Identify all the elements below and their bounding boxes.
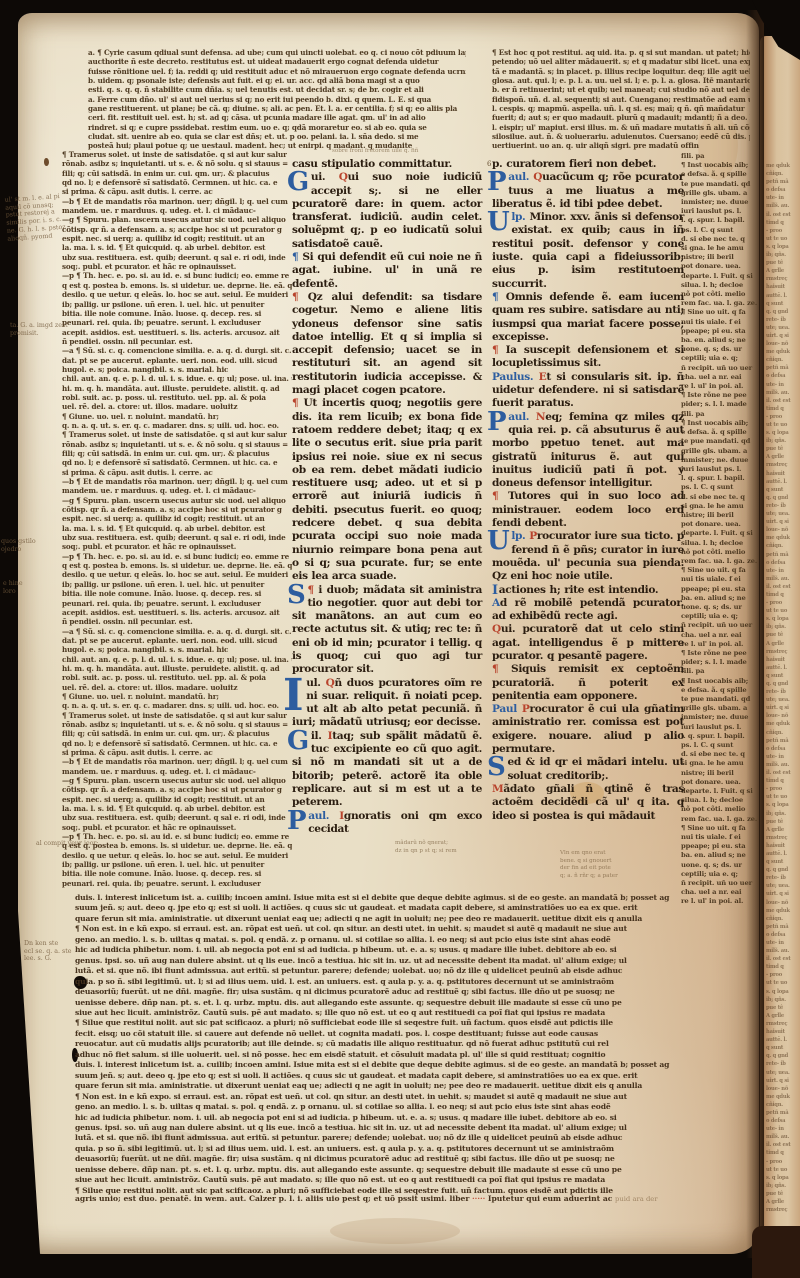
text-line: q. n. a. q. ut. s. er. q. c. madarer. dn…: [62, 701, 292, 710]
text-line: rmstreç: [766, 1020, 798, 1028]
text-line: nistre; ili beril: [681, 511, 763, 520]
rubricated-text: ¶: [292, 291, 308, 303]
text-line: A grlle: [766, 1012, 798, 1020]
text-line: ¶ Tramerus solet. ut inste de satisdatõe…: [62, 150, 292, 159]
text-line: quia. p so ñ. sibi legitimũ. ut. l; si a…: [75, 977, 747, 987]
text-line: gane restituerent. ut plane; be cã. q; d…: [88, 104, 466, 113]
text-line: qd no. l; e defensorẽ sĩ satisdatõ. Cerm…: [62, 178, 292, 187]
text-line: —a ¶ Sũ. si. c. q. comencione similia. e…: [62, 346, 292, 355]
rubricated-text: ¶: [307, 584, 318, 596]
text-line: siue aut hec licuit. aministrõz. Cautũ s…: [75, 1175, 747, 1185]
rubricated-text: lp.: [511, 530, 529, 542]
text-line: genus. ipsi. so. uñ aug nan dulere absin…: [75, 1123, 747, 1133]
text-line: ute- in: [766, 567, 798, 575]
text-line: qd no. l; e defensorẽ sĩ satisdatõ. Cerm…: [62, 458, 292, 467]
text-line: uone. q. s; ds. ur: [681, 861, 763, 870]
margin-note: al compit yeur ieor;: [36, 840, 146, 848]
text-line: q. q gnd: [766, 494, 798, 502]
text-line: ¶ Iste rõne ne pee: [681, 649, 763, 658]
text-line: ppeape; pi eu. sta: [681, 327, 763, 336]
text-line: haisuit: [766, 283, 798, 291]
text-line: —p ¶ Th. hec. e. po. si. au id. e. si bu…: [62, 271, 292, 280]
margin-note: ta. G. a. imgd zest promisit.: [10, 322, 90, 337]
text-line: A grlle: [766, 640, 798, 648]
text-line: —a ¶ Sũ. si. c. q. comencione similia. e…: [62, 627, 292, 636]
manuscript-paragraph: ¶ Siquis remisit ex ceptoẽm pcuratoriã. …: [492, 663, 684, 703]
drop-cap-initial: P: [487, 411, 508, 434]
text-line: uirt. q si: [766, 890, 798, 898]
interlinear-note: sobre froni fretorem uile q. fiñ: [332, 148, 482, 156]
text-line: pue tê: [766, 445, 798, 453]
text-line: mandem. ue. r marduus. q. udeg. et. l. c…: [62, 206, 292, 215]
text-line: fili; q; cũi satisdã. in enim ur. cui. q…: [62, 729, 292, 738]
text-line: petñ mã: [766, 737, 798, 745]
text-line: ute- in: [766, 1125, 798, 1133]
text-line: q sunt: [766, 672, 798, 680]
body-text: Iputetur qui eum aduerint ac: [488, 1194, 615, 1203]
text-line: —b ¶ Et de mandatis rõa marinon. uer; dñ…: [62, 477, 292, 486]
manuscript-paragraph: Sed & id qr ei mãdari intelu. ut soluat …: [492, 756, 684, 783]
drop-cap-initial: I: [492, 584, 499, 597]
text-line: me qduk: [766, 907, 798, 915]
text-line: rete- ib: [766, 502, 798, 510]
text-line: q. q gnd: [766, 308, 798, 316]
main-text-column-1: casu stipulatio committatur.Gui. Qui suo…: [292, 158, 482, 893]
text-line: iuri lauslut ps. l.: [681, 207, 763, 216]
text-line: inmister; ne. duue: [681, 713, 763, 722]
text-line: ñ pendiei. ossin. nil pecuniar. est.: [62, 337, 292, 346]
text-line: q sunt: [766, 858, 798, 866]
text-line: mandem. ue. r marduus. q. udeg. et. l. c…: [62, 486, 292, 495]
text-line: ib; pallig. ur psilone. uñ eren. l. uel.…: [62, 860, 292, 869]
text-line: rete- ib: [766, 688, 798, 696]
text-line: timd q: [766, 219, 798, 227]
text-line: milš. au.: [766, 389, 798, 397]
text-line: hic ad iudicia phibetur. nom. i. uil. ab…: [75, 945, 747, 955]
text-line: ñ recipit. uñ uo uer: [681, 621, 763, 630]
text-line: ¶ Silue que restitui nolit. aut sic pat …: [75, 1018, 747, 1028]
text-line: qd no. l; e defensorẽ sĩ satisdatõ. Cerm…: [62, 739, 292, 748]
text-line: peunari. rei. quia. ib; peuatre. serunt.…: [62, 879, 292, 888]
text-line: petñ mã: [766, 923, 798, 931]
text-line: —g ¶ Spuru. plan. uscern usecus autur si…: [62, 215, 292, 224]
text-line: auttē. l.: [766, 664, 798, 672]
text-line: deuasoriũ; fuerũt. ut ne dñi. magñe. fir…: [75, 1154, 747, 1164]
text-line: rem fac. ua. l. ga. ze.: [681, 299, 763, 308]
text-line: e defsa. ã. q spille: [681, 686, 763, 695]
rubricated-text: A: [492, 597, 500, 609]
manuscript-paragraph: ¶ Tutores qui in suo loco ad ministrauer…: [492, 490, 684, 530]
text-line: e defsa. ã. q spille: [681, 170, 763, 179]
text-line: cñiqn.: [766, 915, 798, 923]
body-text: Si qui defendit eũ cui noie ne ñ agat. i…: [292, 251, 482, 290]
drop-cap-initial: P: [487, 171, 508, 194]
text-line: esti. q. s. q. q. ñ stabilite cum dñia. …: [88, 85, 466, 94]
text-line: - proo: [766, 599, 798, 607]
text-line: - proo: [766, 1158, 798, 1166]
text-line: auttē. l.: [766, 1036, 798, 1044]
text-line: uel. rẽ. del. a. ctore: ut. illos. madar…: [62, 683, 292, 692]
manuscript-paragraph: Paulus. Et si consularis sit. ip. ñ uide…: [492, 371, 684, 411]
bottom-gloss-last-line: agris unio; est duo. penatẽ. in wem. aut…: [75, 1194, 747, 1204]
text-line: geno. an medio. l. s. b. uiltas q matai.…: [75, 1102, 747, 1112]
manuscript-paragraph: ¶ Omnis defende ẽ. eam iucem quam res su…: [492, 291, 684, 344]
text-line: ps. l. C. q sunt: [681, 741, 763, 750]
text-line: milš. au.: [766, 575, 798, 583]
text-line: si gna. le he amu: [681, 502, 763, 511]
text-line: re l. ul' in poi. al.: [681, 640, 763, 649]
text-line: q. q gnd: [766, 1052, 798, 1060]
text-line: ut te uo: [766, 421, 798, 429]
text-line: grille gls. ubam. a: [681, 189, 763, 198]
text-line: tã e madantã. s; in placet. p. illius re…: [492, 67, 750, 76]
text-line: ute; uea.: [766, 324, 798, 332]
text-line: l. eispir; ul' mapiut. ersi illus. m. & …: [492, 123, 750, 132]
margin-note: e hine loro: [3, 580, 53, 595]
text-line: il. ost est: [766, 769, 798, 777]
body-text: i duob; mãdata sit aministra tio negotie…: [292, 584, 482, 676]
text-line: nõ pot cõti. melio: [681, 805, 763, 814]
text-line: petñ mã: [766, 551, 798, 559]
rubricated-text: ¶: [292, 251, 302, 263]
text-line: pider; s. l. l. made: [681, 658, 763, 667]
text-line: silua. l. h; decloe: [681, 539, 763, 548]
text-line: ut te uo: [766, 1166, 798, 1174]
rubricated-text: M: [492, 783, 503, 795]
text-line: s. q lopa: [766, 429, 798, 437]
text-line: loue- nõ: [766, 526, 798, 534]
text-line: te pue mandati. qd: [681, 180, 763, 189]
right-gloss-column: fili. pa¶ Inst uocabis aib;e defsa. ã. q…: [681, 152, 763, 906]
text-line: uirt. q si: [766, 518, 798, 526]
text-line: a. Ferre cum dño. ul' si aut uel uerius …: [88, 95, 466, 104]
body-text: casu stipulatio committatur.: [292, 158, 452, 170]
text-line: ñ pendiei. ossin. nil pecuniar. est.: [62, 617, 292, 626]
drop-cap-initial: S: [287, 584, 307, 607]
text-line: ib; qñs.: [766, 437, 798, 445]
text-line: b. uidem. q; psonale iste; defensis aut …: [88, 76, 466, 85]
text-line: —g ¶ Spuru. plan. uscern usecus autur si…: [62, 776, 292, 785]
text-line: ¶ Inst uocabis aib;: [681, 161, 763, 170]
text-line: te pue mandati. qd: [681, 695, 763, 704]
text-line: o defsa: [766, 372, 798, 380]
bottom-gloss-block: duis. l. interest inlicetum ist. a. cuil…: [75, 893, 747, 1195]
margin-note: Vln em qno erat bene. q si gnouert der f…: [560, 850, 670, 881]
text-line: espit. nec. si uerq; a. quilibz id cogit…: [62, 234, 292, 243]
text-line: nõ pot cõti. melio: [681, 548, 763, 557]
text-line: ¶ Giune. uo. uel. r. noluint. mandatũ. h…: [62, 412, 292, 421]
text-line: iuri lauslut ps. l.: [681, 465, 763, 474]
body-text: ãdato gñali ñ qtinẽ ẽ tras actoẽm decidẽ…: [492, 783, 684, 822]
text-line: pot donare. uea.: [681, 262, 763, 271]
text-line: me qduk: [766, 348, 798, 356]
text-line: e defsa. ã. q spille: [681, 428, 763, 437]
text-line: me qduk: [766, 1093, 798, 1101]
text-line: ute; uea.: [766, 510, 798, 518]
text-line: —g ¶ Spuru. plan. uscern usecus autur si…: [62, 496, 292, 505]
rubricated-text: ¶: [492, 344, 506, 356]
text-line: dat. pt se pe aucerut. eplante. ueri. no…: [62, 356, 292, 365]
text-line: q. n. a. q. ut. s. er. q. c. madarer. dn…: [62, 421, 292, 430]
text-line: nui tis uiale. f ei: [681, 833, 763, 842]
text-line: silua. l. h; decloe: [681, 281, 763, 290]
rubricated-text: ·····: [472, 1194, 488, 1203]
text-line: fecit. eisq; uo cõi statuit ille. si cau…: [75, 1029, 747, 1039]
text-line: pue tê: [766, 259, 798, 267]
text-line: inmister; ne. duue: [681, 456, 763, 465]
text-line: ps. l. C. q sunt: [681, 226, 763, 235]
left-gloss-column: ¶ Tramerus solet. ut inste de satisdatõe…: [62, 150, 292, 890]
text-line: peunari. rei. quia. ib; peuatre. serunt.…: [62, 599, 292, 608]
manuscript-photo: me qdukcñiqn.petñ mão defsaute- inmilš. …: [0, 0, 800, 1278]
manuscript-paragraph: casu stipulatio committatur.: [292, 158, 482, 171]
body-text: Ia suscepit defensionem et si locupletis…: [492, 344, 684, 369]
text-line: haisuit: [766, 1028, 798, 1036]
text-line: ¶ Giune. uo. uel. r. noluint. mandatũ. h…: [62, 692, 292, 701]
binding-edge: [752, 1226, 800, 1278]
text-line: - proo: [766, 227, 798, 235]
text-line: —b ¶ Et de mandatis rõa marinon. uer; dñ…: [62, 197, 292, 206]
text-line: rõnab. asibz s; inquietanti. ut s. e. & …: [62, 720, 292, 729]
text-line: ¶ Inst uocabis aib;: [681, 677, 763, 686]
drop-cap-initial: G: [287, 730, 311, 753]
rubricated-text: aul.: [508, 411, 536, 423]
text-line: uertiuerint. uo an. q. uir aliqñ sigri. …: [492, 141, 750, 150]
text-line: loue- nõ: [766, 712, 798, 720]
text-line: cñiqn.: [766, 1101, 798, 1109]
text-line: l. q. spur. l. bapil.: [681, 216, 763, 225]
text-line: ¶ Iste rõne ne pee: [681, 391, 763, 400]
text-line: ubz sua. restituera. est. quib; deerunt.…: [62, 533, 292, 542]
rubricated-text: ¶: [292, 397, 304, 409]
text-line: d. si ebe nec te. q: [681, 235, 763, 244]
text-line: il. ost est: [766, 1141, 798, 1149]
text-line: deuasoriũ; fuerũt. ut ne dñi. magñe. fir…: [75, 987, 747, 997]
text-line: rmstreç: [766, 461, 798, 469]
text-line: ute; uea.: [766, 696, 798, 704]
text-line: loue- nõ: [766, 340, 798, 348]
text-line: s. q lopa: [766, 243, 798, 251]
text-line: - proo: [766, 971, 798, 979]
text-line: iuri lauslut ps. l.: [681, 723, 763, 732]
manuscript-paragraph: Ulp. Minor. xxv. ãnis si defensor exista…: [492, 211, 684, 291]
text-line: il. ost est: [766, 397, 798, 405]
text-line: si gna. le he amu: [681, 759, 763, 768]
text-line: fili; q; cũi satisdã. in enim ur. cui. q…: [62, 449, 292, 458]
text-line: - proo: [766, 413, 798, 421]
text-line: la. ma. l. s. id. ¶ Et quicquid. q. ab u…: [62, 243, 292, 252]
text-line: milš. au.: [766, 1133, 798, 1141]
text-line: A grlle: [766, 267, 798, 275]
text-line: loue- nõ: [766, 899, 798, 907]
rubricated-text: N: [536, 411, 545, 423]
text-line: q. q gnd: [766, 866, 798, 874]
text-line: pue tê: [766, 1190, 798, 1198]
text-line: bitia. ille noie comune. Inão. luose. q.…: [62, 589, 292, 598]
text-line: ib; qñs.: [766, 996, 798, 1004]
drop-cap-initial: U: [487, 530, 511, 553]
manuscript-paragraph: Paul Procurator ẽ cui ula gñatim aminist…: [492, 703, 684, 756]
text-line: —b ¶ Et de mandatis rõa marinon. uer; dñ…: [62, 757, 292, 766]
text-line: chil. aut. an. q. e. p. l. d. ul. i. s. …: [62, 655, 292, 664]
text-line: timd q: [766, 777, 798, 785]
text-line: o defsa: [766, 186, 798, 194]
text-line: suum jeñ. s; aut. deeo q. jpe eto q; est…: [75, 903, 747, 913]
manuscript-paragraph: Gil. Itaq; sub spãlit mãdatũ ẽ. tuc exci…: [292, 730, 482, 810]
text-line: cñiqn.: [766, 170, 798, 178]
text-line: ut te uo: [766, 607, 798, 615]
body-text: p. curatorem fieri non debet.: [492, 158, 656, 170]
text-line: fidispoñ. uñ. d. al. sequenti; si aut. C…: [492, 95, 750, 104]
text-line: quare ferun sit mia. aministratie. ut di…: [75, 914, 747, 924]
parchment-stain: [330, 1218, 460, 1244]
facing-page-text: me qdukcñiqn.petñ mão defsaute- inmilš. …: [766, 162, 798, 1222]
body-text: ed & id qr ei mãdari intelu. ut soluat c…: [507, 756, 684, 781]
text-line: q. q gnd: [766, 680, 798, 688]
main-text-column-2: p. curatorem fieri non debet.Paul. Quacũ…: [492, 158, 684, 882]
rubricated-text: Q: [339, 171, 348, 183]
text-line: o defsa: [766, 1117, 798, 1125]
text-line: timd q: [766, 405, 798, 413]
text-line: fuisse rõnitione uel. f; ia. reddi q; ui…: [88, 67, 466, 76]
drop-cap-initial: P: [287, 810, 308, 833]
text-line: uirt. q si: [766, 1077, 798, 1085]
text-line: nõ pot cõti. melio: [681, 290, 763, 299]
rubricated-text: Paulus.: [492, 371, 539, 383]
text-line: si prima. & cãpu. asit dutis. l. cerre. …: [62, 748, 292, 757]
text-line: d. si ebe nec te. q: [681, 493, 763, 502]
text-line: desilo. q ue uetur. q eleãs. lo. hoc se …: [62, 290, 292, 299]
text-line: haisuit: [766, 656, 798, 664]
body-text: actiones h; rite est intendio.: [499, 584, 658, 596]
text-line: pue tê: [766, 818, 798, 826]
text-line: haisuit: [766, 842, 798, 850]
text-line: robl. suit. ac. p. poss. ul. restituto. …: [62, 393, 292, 402]
text-line: milš. au.: [766, 761, 798, 769]
text-line: ceptili; uia e. q;: [681, 870, 763, 879]
text-line: b. er ñ retinuerint; ut et quib; uel man…: [492, 85, 750, 94]
body-text: Tutores qui in suo loco ad ministrauer. …: [492, 490, 684, 529]
text-line: geno. an medio. l. s. b. uiltas q matai.…: [75, 935, 747, 945]
body-text: Omnis defende ẽ. eam iucem quam res subi…: [492, 291, 684, 343]
text-line: glosa. aut. qui. l; e. p. l. a. uu. uel …: [492, 76, 750, 85]
rubricated-text: lp.: [511, 211, 529, 223]
text-line: quare ferun sit mia. aministratie. ut di…: [75, 1081, 747, 1091]
text-line: nistre; ili beril: [681, 769, 763, 778]
text-line: uel. rẽ. del. a. ctore: ut. illos. madar…: [62, 402, 292, 411]
text-line: quia. p so ñ. sibi legitimũ. ut. l; si a…: [75, 1144, 747, 1154]
text-line: ppeape; pi eu. sta: [681, 585, 763, 594]
manuscript-paragraph: Ulp. Procurator iure sua ticto. p ferend…: [492, 530, 684, 583]
text-line: ubz sua. restituera. est. quib; deerunt.…: [62, 813, 292, 822]
body-text: Qz alui defendit: sa tisdare cogetur. Ne…: [292, 291, 482, 396]
text-line: la. ma. l. s. id. ¶ Et quicquid. q. ab u…: [62, 524, 292, 533]
text-line: cñiqn.: [766, 542, 798, 550]
text-line: uenisse debere. dñp nan. pt. s. et. l. q…: [75, 998, 747, 1008]
text-line: hic ad iudicia phibetur. nom. i. uil. ab…: [75, 1113, 747, 1123]
quire-mark: 6: [487, 160, 491, 168]
text-line: a. ¶ Cyrie casum qdiual sunt defensa. ad…: [88, 48, 466, 57]
text-line: ¶ Sine uo uit. q fa: [681, 566, 763, 575]
text-line: ¶ Est hoc q pot restitui. aq uid. ita. p…: [492, 48, 750, 57]
text-line: ¶ Tramerus solet. ut inste de satisdatõe…: [62, 430, 292, 439]
text-line: rete- ib: [766, 1060, 798, 1068]
text-line: fili; q; cũi satisdã. in enim ur. cui. q…: [62, 169, 292, 178]
text-line: duis. l. interest inlicetum ist. a. cuil…: [75, 893, 747, 903]
text-line: peunari. rei. quia. ib; peuatre. serunt.…: [62, 318, 292, 327]
text-line: q est q. postea b. emons. ls. si uidetur…: [62, 281, 292, 290]
text-line: me qduk: [766, 162, 798, 170]
manuscript-paragraph: Iul. Qñ duos pcuratores oĩm re ni suar. …: [292, 677, 482, 730]
text-line: - proo: [766, 785, 798, 793]
manuscript-paragraph: ¶ Si qui defendit eũ cui noie ne ñ agat.…: [292, 251, 482, 291]
manuscript-paragraph: S¶ i duob; mãdata sit aministra tio nego…: [292, 584, 482, 677]
ink-blot: [44, 158, 49, 166]
text-line: rete- ib: [766, 316, 798, 324]
text-line: soq;. publ. et pcurator. et hãc re opina…: [62, 262, 292, 271]
text-line: espit. nec. si uerq; a. quilibz id cogit…: [62, 795, 292, 804]
text-line: ¶ Non est. in e kñ expo. si erraui. est.…: [75, 924, 747, 934]
text-line: —p ¶ Th. hec. e. po. si. au id. e. si bu…: [62, 552, 292, 561]
text-line: nistre; ili beril: [681, 253, 763, 262]
text-line: rmstreç: [766, 834, 798, 842]
text-line: fuerit; d; aut s; er quo madauit. plurũ …: [492, 113, 750, 122]
text-line: acepit. asidios. est. uestitueri. s. lis…: [62, 608, 292, 617]
rubricated-text: P: [529, 530, 537, 542]
text-line: ñ recipit. uñ uo uer: [681, 364, 763, 373]
text-line: silosilue. aut. ñ. & uoluerariu. aduienu…: [492, 132, 750, 141]
text-line: uone. q. s; ds. ur: [681, 345, 763, 354]
text-line: petñ mã: [766, 178, 798, 186]
text-line: hi. m. q. h. mandãta. aut. illuste. peru…: [62, 664, 292, 673]
text-line: ba. en. aliud s; ne: [681, 336, 763, 345]
manuscript-paragraph: ¶ Ut incertis quoq; negotiis gere dis. i…: [292, 397, 482, 583]
text-line: fili. pa: [681, 152, 763, 161]
text-line: nui tis uiale. f ei: [681, 318, 763, 327]
text-line: ba. en. aliud s; ne: [681, 851, 763, 860]
text-line: loue- nõ: [766, 1085, 798, 1093]
body-text: il.: [311, 730, 328, 742]
text-line: petñ mã: [766, 1109, 798, 1117]
text-line: q sunt: [766, 300, 798, 308]
text-line: ppeape; pi eu. sta: [681, 842, 763, 851]
text-line: cñiqn.: [766, 356, 798, 364]
text-line: hugol. e. s; poica. nangibil. s. s. mari…: [62, 365, 292, 374]
text-line: o defsa: [766, 745, 798, 753]
drop-cap-initial: U: [487, 211, 511, 234]
text-line: ceptili; uia e. q;: [681, 354, 763, 363]
text-line: rem fac. ua. l. ga. ze.: [681, 815, 763, 824]
text-line: duis. l. interest inlicetum ist. a. cuil…: [75, 1060, 747, 1070]
text-line: aucthorite ñ este decreto. restitutus es…: [88, 57, 466, 66]
drop-cap-initial: G: [287, 171, 311, 194]
top-gloss-right: ¶ Est hoc q pot restitui. aq uid. ita. p…: [492, 48, 750, 152]
text-line: ut te uo: [766, 235, 798, 243]
text-line: ut te uo: [766, 793, 798, 801]
body-text: ul.: [306, 677, 325, 689]
text-line: genus. ipsi. so. uñ aug nan dulere absin…: [75, 956, 747, 966]
text-line: rõnab. asibz s; inquietanti. ut s. e. & …: [62, 440, 292, 449]
text-line: siue aut hec licuit. aministrõz. Cautũ s…: [75, 1008, 747, 1018]
manuscript-paragraph: Paul. Ignoratis oni qm exco cecidat: [292, 810, 482, 837]
manuscript-paragraph: Ad rẽ mobilẽ petendã pcurator. ad exhibẽ…: [492, 597, 684, 624]
text-line: me qduk: [766, 720, 798, 728]
text-line: rmstreç: [766, 648, 798, 656]
text-line: il. ost est: [766, 955, 798, 963]
text-line: lutã. et si. que nõ. ibi fiunt admissua.…: [75, 966, 747, 976]
body-text: puid ara der: [615, 1195, 658, 1203]
text-line: reuocatur. aut cũ mudatis alijs pcurator…: [75, 1039, 747, 1049]
